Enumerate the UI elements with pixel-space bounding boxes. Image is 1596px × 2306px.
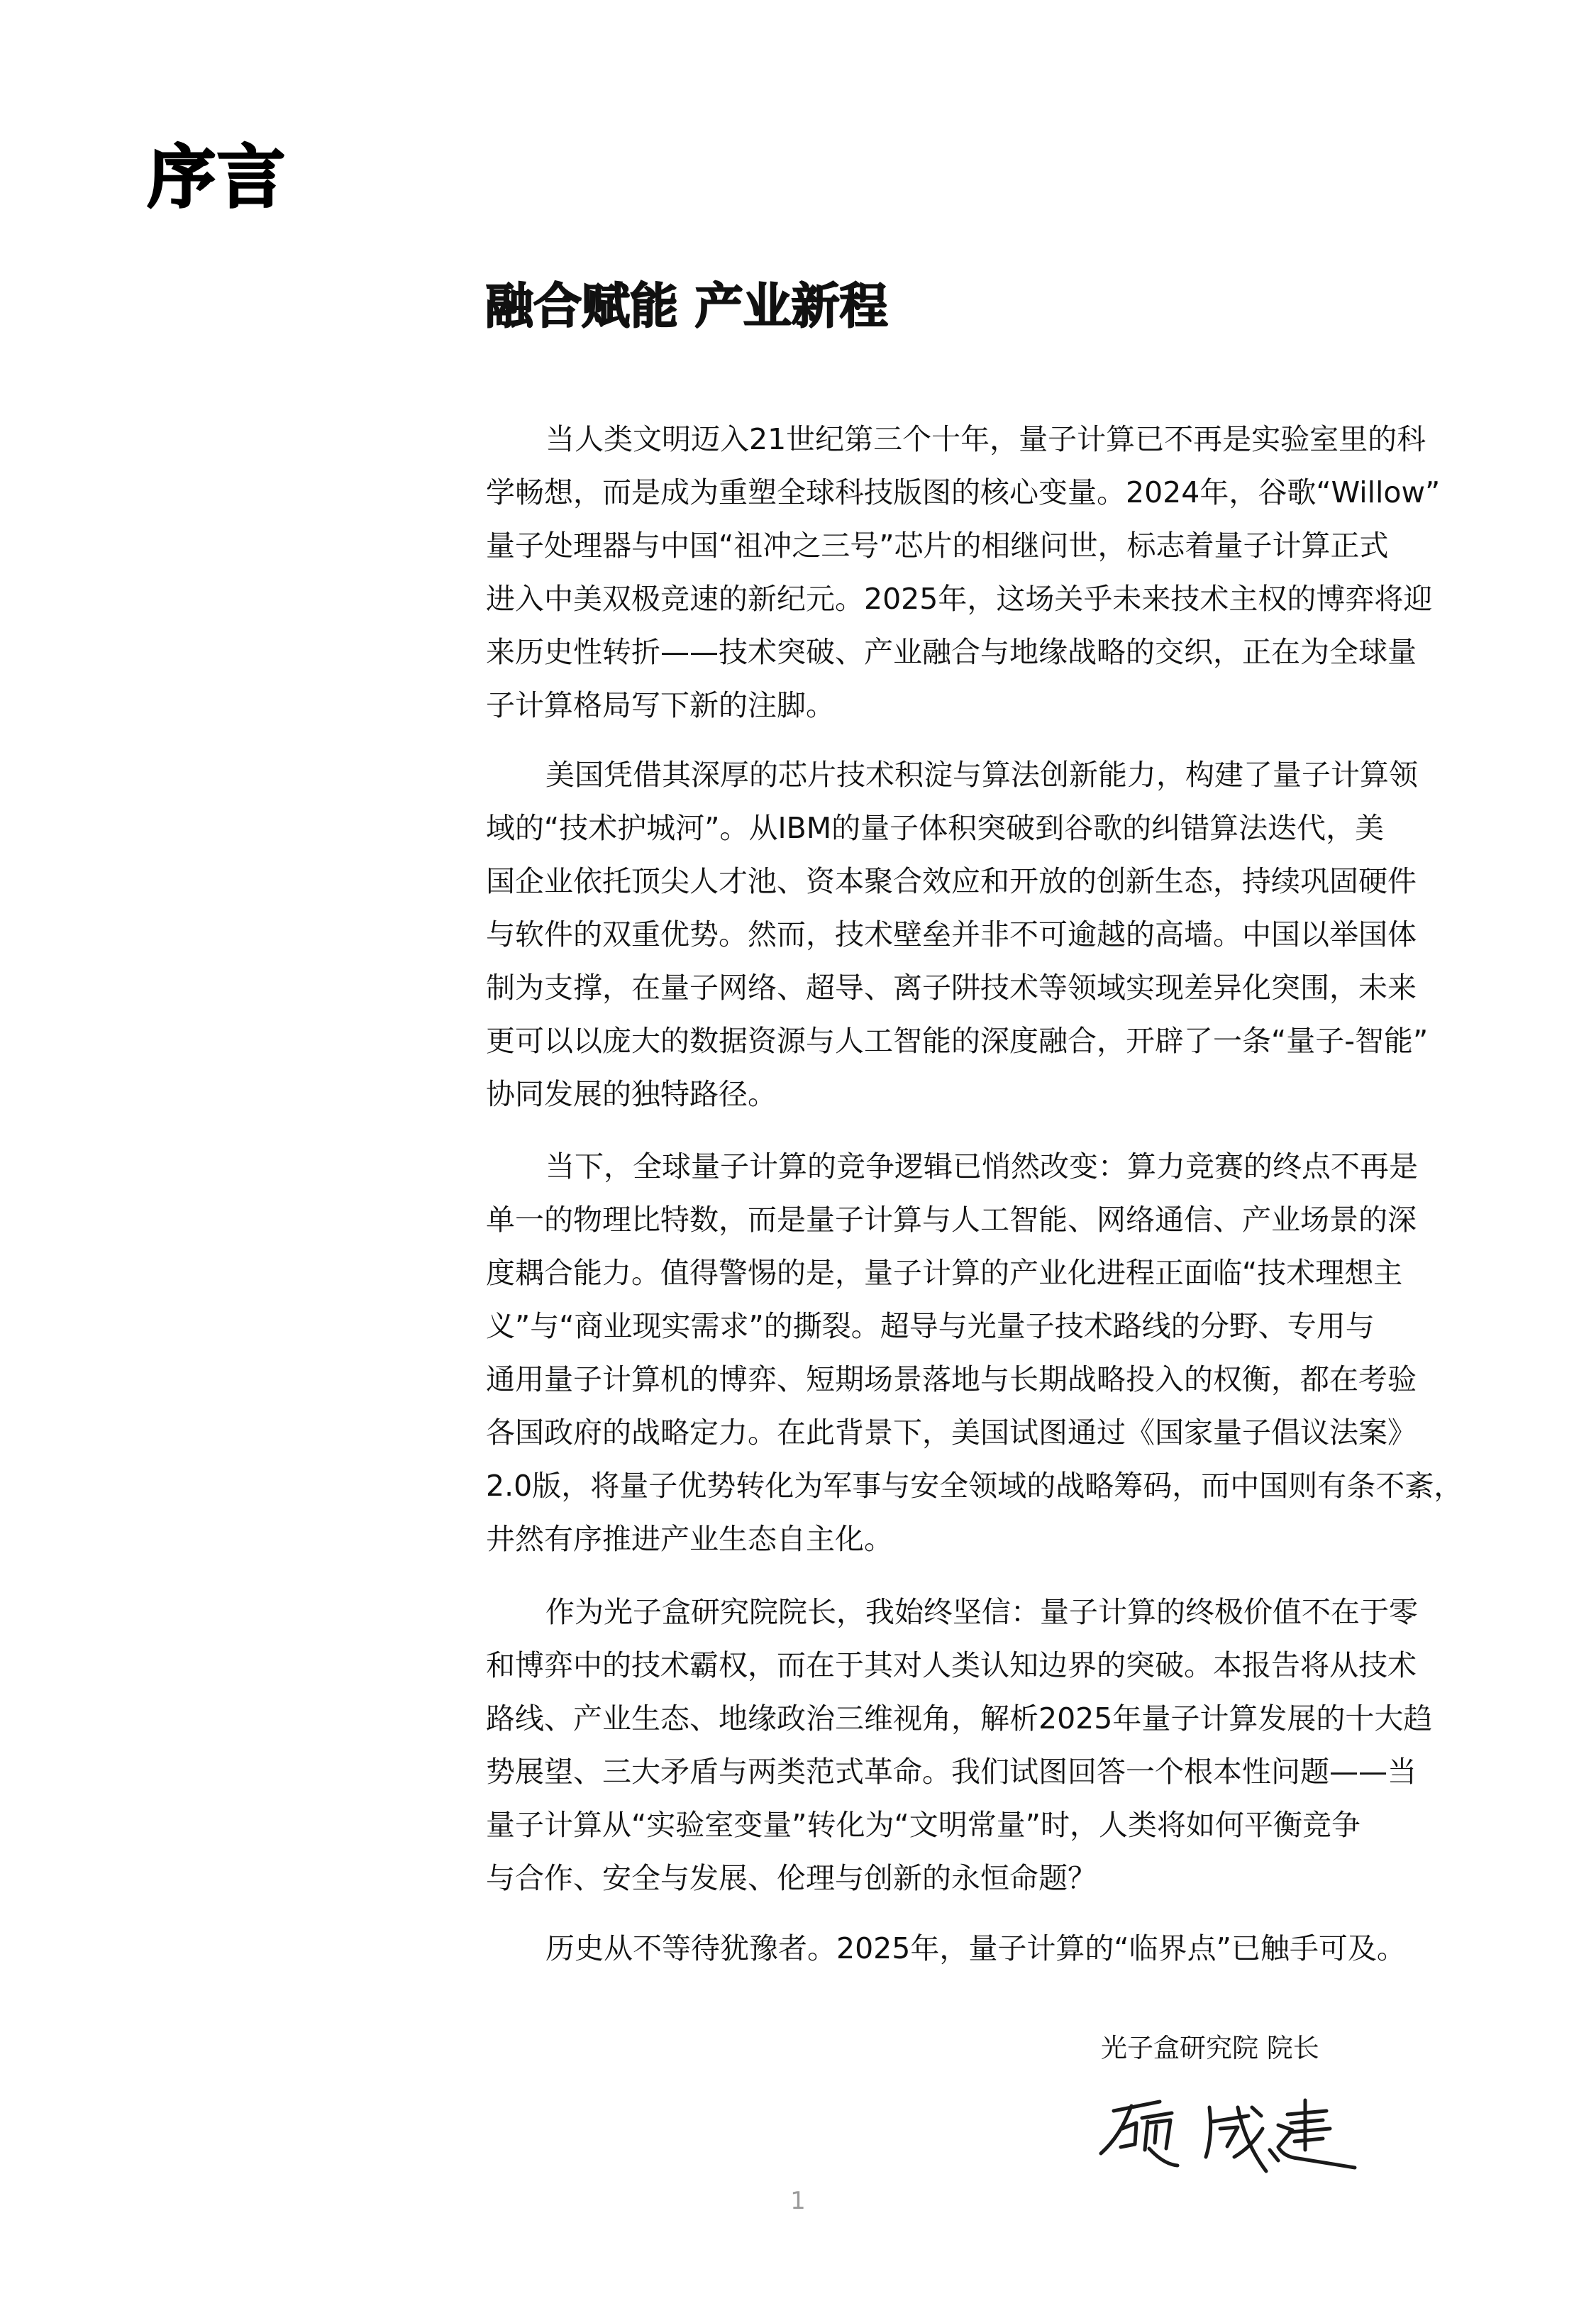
paragraph-line: 当人类文明迈入21世纪第三个十年，量子计算已不再是实验室里的科	[486, 413, 1465, 466]
paragraph-line: 协同发展的独特路径。	[486, 1068, 1465, 1121]
signature-title: 光子盒研究院 院长	[1101, 2031, 1319, 2066]
signature-icon	[1092, 2079, 1369, 2175]
paragraph-line: 和博弈中的技术霸权，而在于其对人类认知边界的突破。本报告将从技术	[486, 1639, 1465, 1692]
paragraph-1: 当人类文明迈入21世纪第三个十年，量子计算已不再是实验室里的科 学畅想，而是成为…	[486, 413, 1465, 732]
paragraph-line: 各国政府的战略定力。在此背景下，美国试图通过《国家量子倡议法案》	[486, 1406, 1465, 1460]
section-subtitle: 融合赋能 产业新程	[485, 277, 888, 338]
paragraph-line: 量子处理器与中国“祖冲之三号”芯片的相继问世，标志着量子计算正式	[486, 519, 1465, 573]
paragraph-4: 作为光子盒研究院院长，我始终坚信：量子计算的终极价值不在于零 和博弈中的技术霸权…	[486, 1586, 1465, 1905]
page-number: 1	[787, 2185, 809, 2217]
paragraph-line: 当下，全球量子计算的竞争逻辑已悄然改变：算力竞赛的终点不再是	[486, 1140, 1465, 1193]
paragraph-line: 更可以以庞大的数据资源与人工智能的深度融合，开辟了一条“量子-智能”	[486, 1015, 1465, 1068]
paragraph-line: 与合作、安全与发展、伦理与创新的永恒命题？	[486, 1852, 1465, 1905]
paragraph-line: 进入中美双极竞速的新纪元。2025年，这场关乎未来技术主权的博弈将迎	[486, 573, 1465, 626]
paragraph-line: 通用量子计算机的博弈、短期场景落地与长期战略投入的权衡，都在考验	[486, 1353, 1465, 1406]
paragraph-line: 国企业依托顶尖人才池、资本聚合效应和开放的创新生态，持续巩固硬件	[486, 855, 1465, 908]
paragraph-line: 井然有序推进产业生态自主化。	[486, 1513, 1465, 1566]
paragraph-line: 义”与“商业现实需求”的撕裂。超导与光量子技术路线的分野、专用与	[486, 1300, 1465, 1353]
paragraph-line: 来历史性转折——技术突破、产业融合与地缘战略的交织，正在为全球量	[486, 626, 1465, 679]
paragraph-line: 势展望、三大矛盾与两类范式革命。我们试图回答一个根本性问题——当	[486, 1745, 1465, 1799]
paragraph-line: 域的“技术护城河”。从IBM的量子体积突破到谷歌的纠错算法迭代，美	[486, 802, 1465, 855]
paragraph-3: 当下，全球量子计算的竞争逻辑已悄然改变：算力竞赛的终点不再是 单一的物理比特数，…	[486, 1140, 1465, 1566]
page-title: 序言	[148, 135, 287, 220]
paragraph-line: 与软件的双重优势。然而，技术壁垒并非不可逾越的高墙。中国以举国体	[486, 908, 1465, 961]
paragraph-line: 美国凭借其深厚的芯片技术积淀与算法创新能力，构建了量子计算领	[486, 749, 1465, 802]
paragraph-5: 历史从不等待犹豫者。2025年，量子计算的“临界点”已触手可及。	[486, 1922, 1465, 1975]
paragraph-line: 度耦合能力。值得警惕的是，量子计算的产业化进程正面临“技术理想主	[486, 1247, 1465, 1300]
paragraph-line: 作为光子盒研究院院长，我始终坚信：量子计算的终极价值不在于零	[486, 1586, 1465, 1639]
paragraph-line: 子计算格局写下新的注脚。	[486, 679, 1465, 732]
paragraph-line: 量子计算从“实验室变量”转化为“文明常量”时，人类将如何平衡竞争	[486, 1799, 1465, 1852]
paragraph-line: 历史从不等待犹豫者。2025年，量子计算的“临界点”已触手可及。	[486, 1922, 1465, 1975]
handwritten-signature	[1092, 2079, 1369, 2175]
paragraph-line: 单一的物理比特数，而是量子计算与人工智能、网络通信、产业场景的深	[486, 1193, 1465, 1247]
document-page: 序言 融合赋能 产业新程 当人类文明迈入21世纪第三个十年，量子计算已不再是实验…	[0, 0, 1596, 2306]
paragraph-line: 2.0版，将量子优势转化为军事与安全领域的战略筹码，而中国则有条不紊，	[486, 1460, 1465, 1513]
paragraph-line: 制为支撑，在量子网络、超导、离子阱技术等领域实现差异化突围，未来	[486, 961, 1465, 1015]
paragraph-line: 路线、产业生态、地缘政治三维视角，解析2025年量子计算发展的十大趋	[486, 1692, 1465, 1745]
paragraph-2: 美国凭借其深厚的芯片技术积淀与算法创新能力，构建了量子计算领 域的“技术护城河”…	[486, 749, 1465, 1121]
paragraph-line: 学畅想，而是成为重塑全球科技版图的核心变量。2024年，谷歌“Willow”	[486, 466, 1465, 519]
